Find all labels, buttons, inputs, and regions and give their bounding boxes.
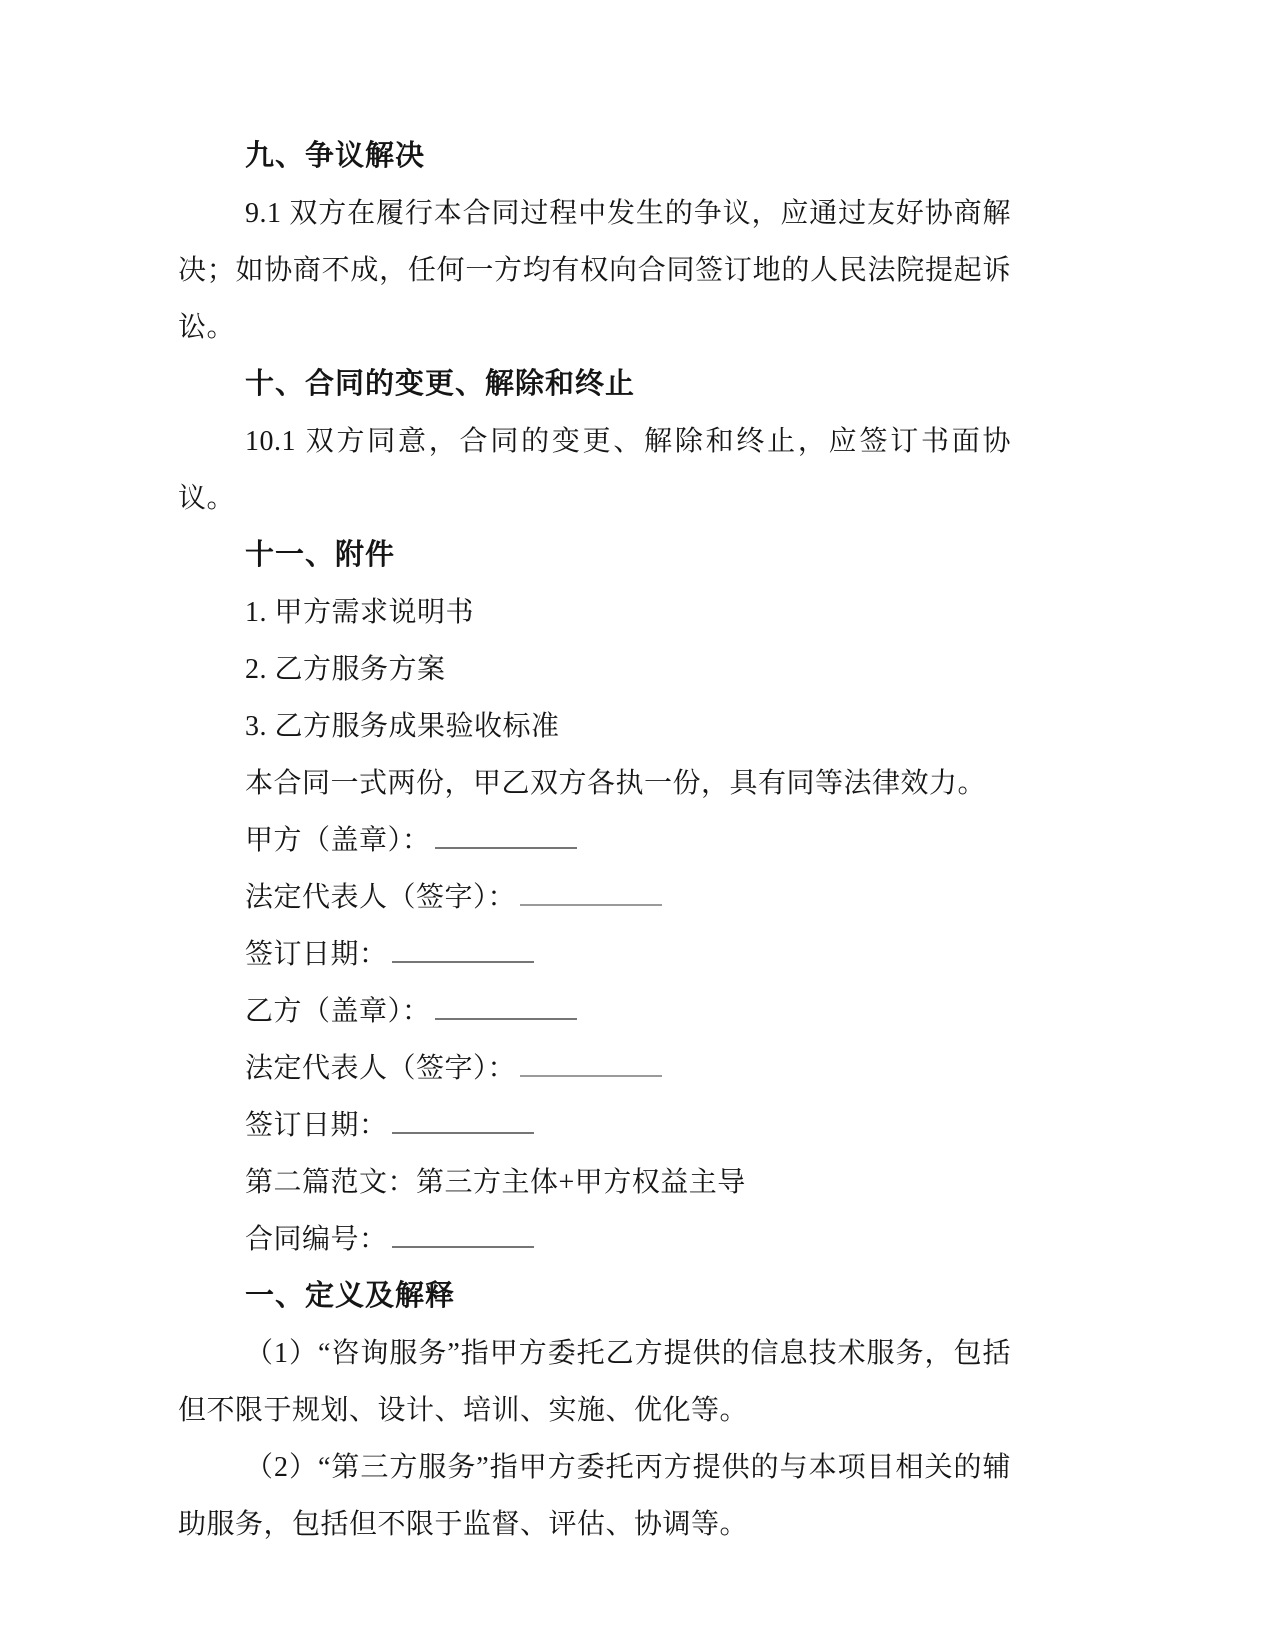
- definition-third-party-service: （2）“第三方服务”指甲方委托丙方提供的与本项目相关的辅助服务，包括但不限于监督…: [178, 1439, 1011, 1553]
- counterparts-statement: 本合同一式两份，甲乙双方各执一份，具有同等法律效力。: [178, 755, 1011, 812]
- attachment-item-3: 3. 乙方服务成果验收标准: [178, 698, 1011, 755]
- party-a-sign-date-row: 签订日期：: [178, 926, 1011, 983]
- party-b-sign-date-blank: [392, 1098, 534, 1134]
- contract-number-label: 合同编号：: [245, 1224, 388, 1255]
- party-b-sign-date-label: 签订日期：: [245, 1110, 388, 1141]
- party-a-sign-date-blank: [392, 927, 534, 963]
- party-b-seal-blank: [435, 984, 577, 1020]
- party-a-representative-label: 法定代表人（签字）：: [245, 882, 516, 913]
- party-a-sign-date-label: 签订日期：: [245, 939, 388, 970]
- party-b-representative-label: 法定代表人（签字）：: [245, 1053, 516, 1084]
- clause-9-1: 9.1 双方在履行本合同过程中发生的争议，应通过友好协商解决；如协商不成，任何一…: [178, 185, 1011, 356]
- party-a-seal-blank: [435, 813, 577, 849]
- party-b-seal-row: 乙方（盖章）：: [178, 983, 1011, 1040]
- party-b-representative-blank: [520, 1041, 662, 1077]
- section-heading-attachments: 十一、附件: [178, 527, 1011, 584]
- party-a-representative-blank: [520, 870, 662, 906]
- section-heading-definitions: 一、定义及解释: [178, 1268, 1011, 1325]
- contract-number-row: 合同编号：: [178, 1211, 1011, 1268]
- attachment-item-1: 1. 甲方需求说明书: [178, 584, 1011, 641]
- party-a-seal-row: 甲方（盖章）：: [178, 812, 1011, 869]
- section-heading-dispute-resolution: 九、争议解决: [178, 128, 1011, 185]
- section-heading-modification-termination: 十、合同的变更、解除和终止: [178, 356, 1011, 413]
- second-template-title: 第二篇范文：第三方主体+甲方权益主导: [178, 1154, 1011, 1211]
- party-b-sign-date-row: 签订日期：: [178, 1097, 1011, 1154]
- party-a-representative-row: 法定代表人（签字）：: [178, 869, 1011, 926]
- contract-document-page: 九、争议解决 9.1 双方在履行本合同过程中发生的争议，应通过友好协商解决；如协…: [178, 128, 1011, 1553]
- definition-consulting-service: （1）“咨询服务”指甲方委托乙方提供的信息技术服务，包括但不限于规划、设计、培训…: [178, 1325, 1011, 1439]
- contract-number-blank: [392, 1212, 534, 1248]
- party-b-representative-row: 法定代表人（签字）：: [178, 1040, 1011, 1097]
- attachment-item-2: 2. 乙方服务方案: [178, 641, 1011, 698]
- clause-10-1: 10.1 双方同意，合同的变更、解除和终止，应签订书面协议。: [178, 413, 1011, 527]
- party-b-seal-label: 乙方（盖章）：: [245, 996, 431, 1027]
- party-a-seal-label: 甲方（盖章）：: [245, 825, 431, 856]
